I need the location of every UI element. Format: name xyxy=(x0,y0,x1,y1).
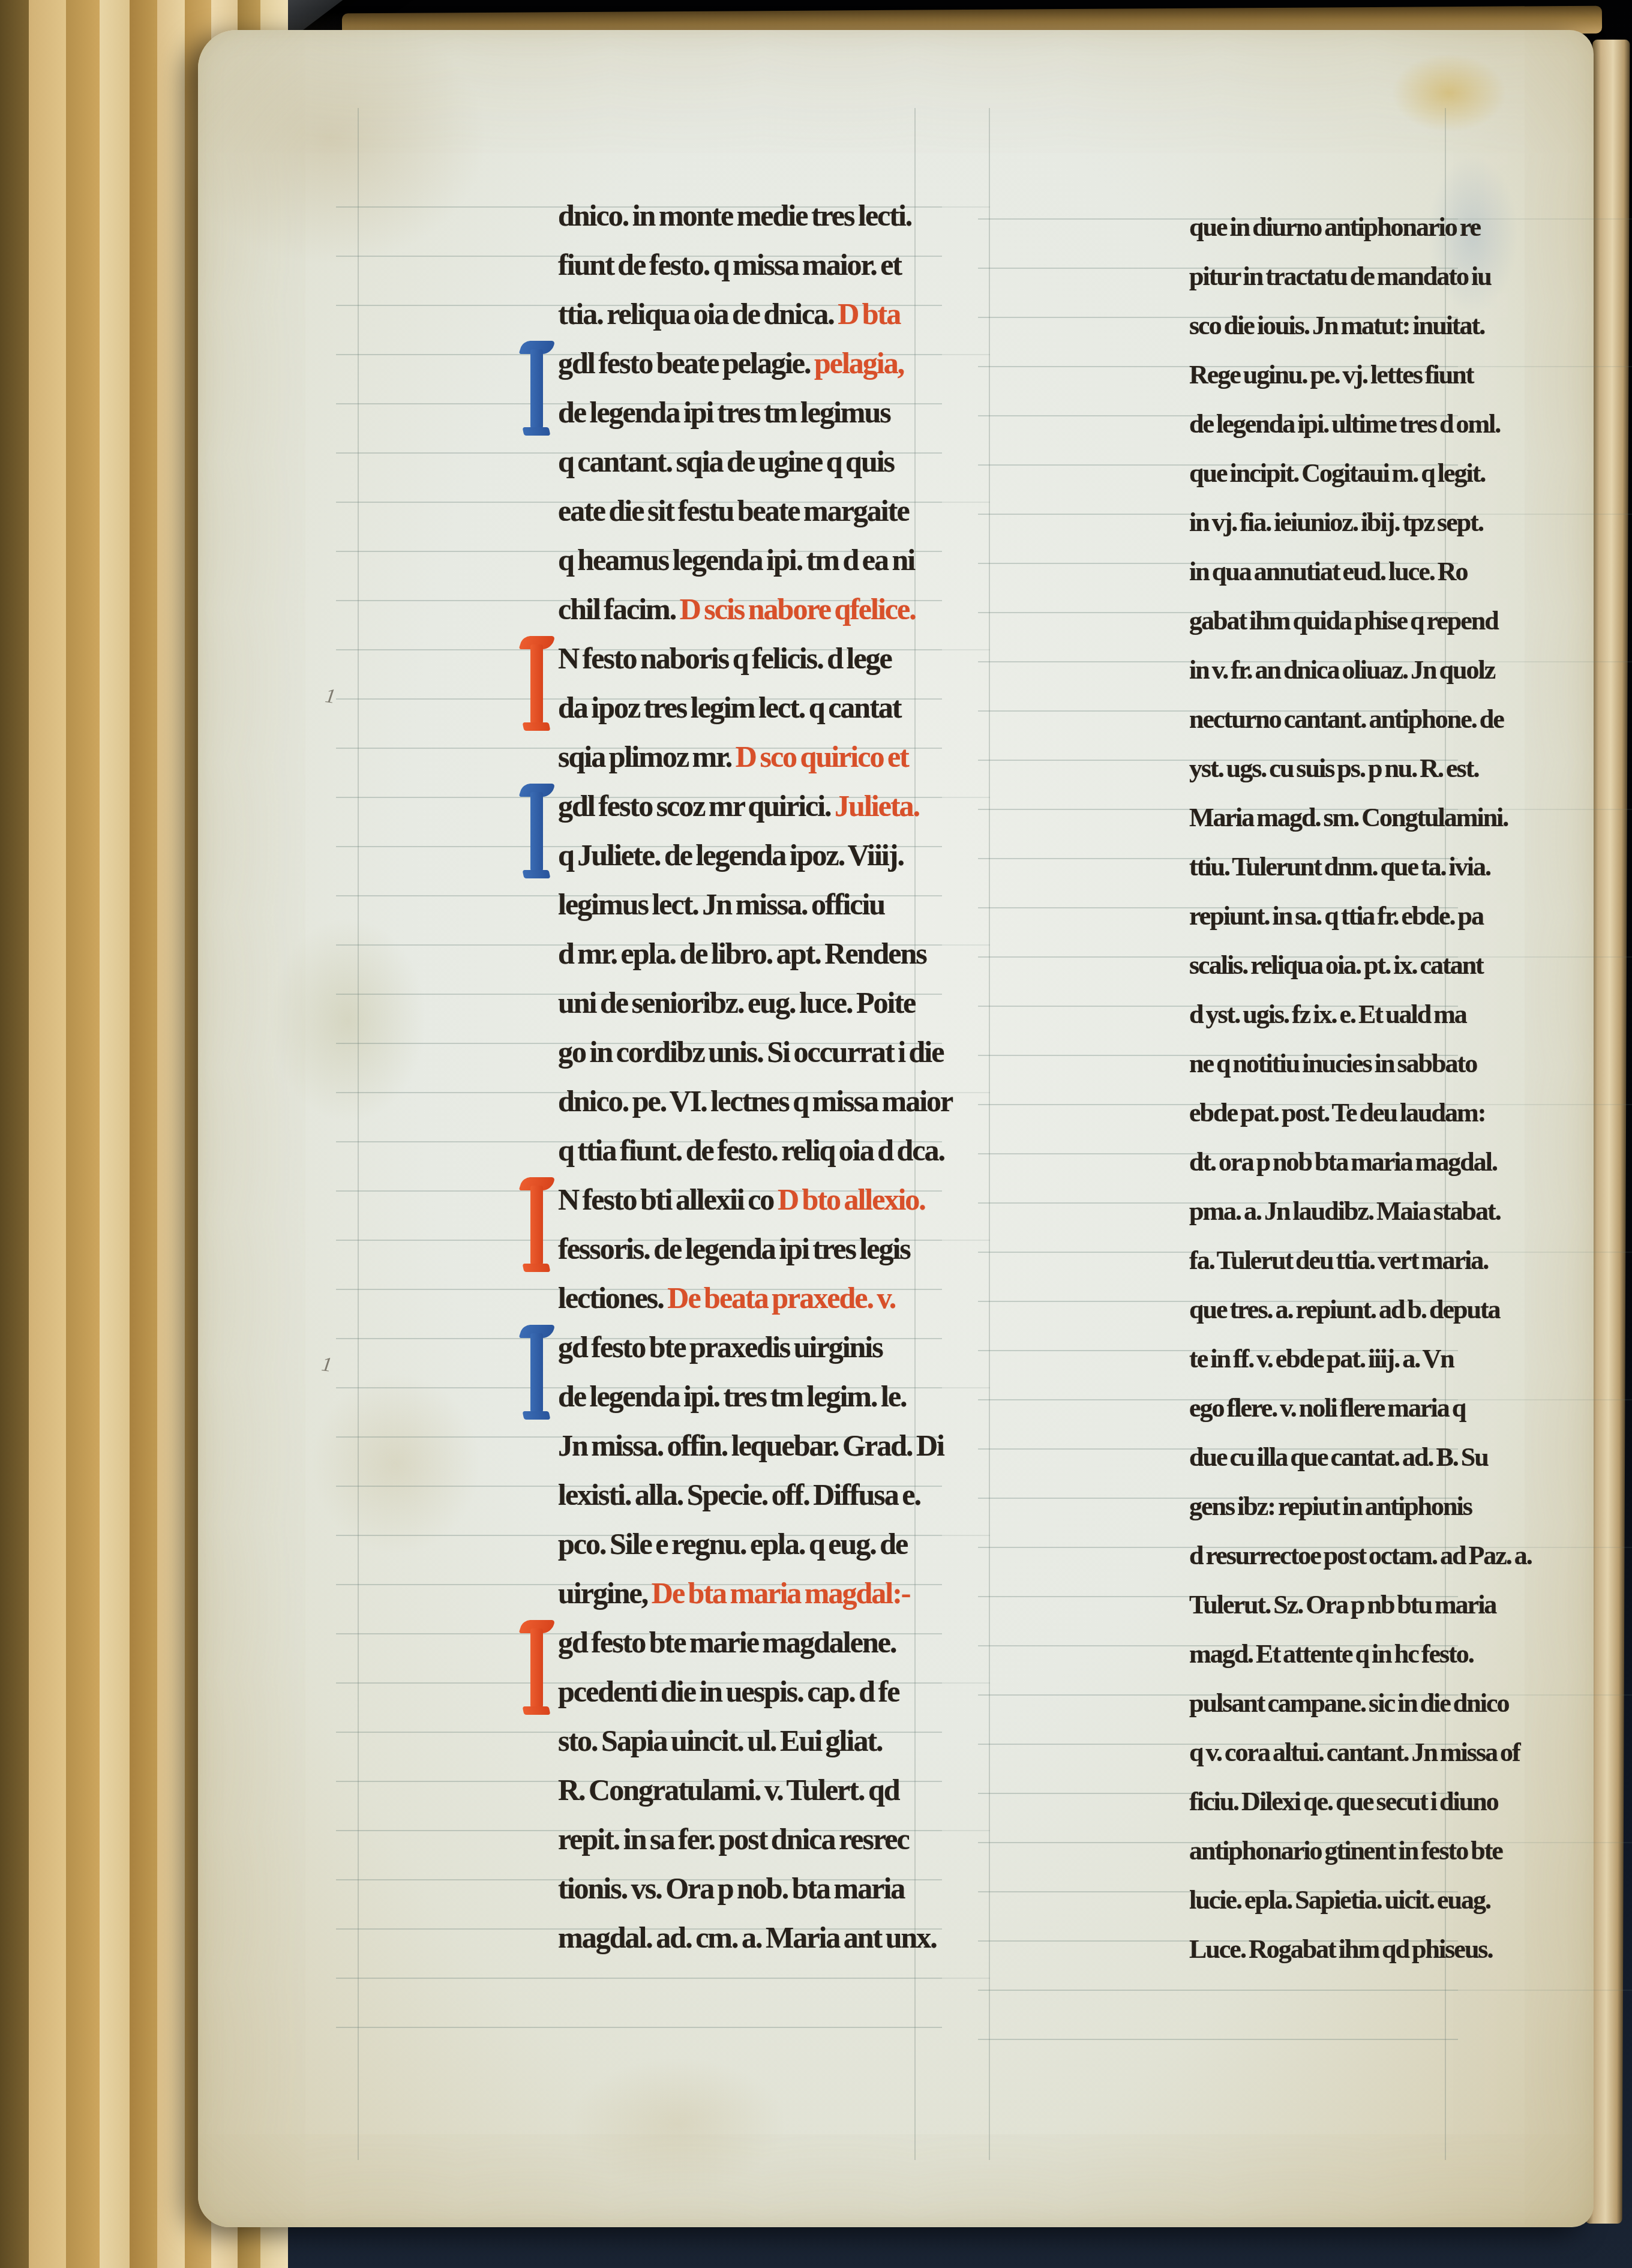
illuminated-initial: I xyxy=(521,1325,556,1420)
body-text: scalis. reliqua oia. pt. ix. catant xyxy=(1189,950,1483,980)
text-line: lectiones. De beata praxede. v. xyxy=(558,1273,1117,1322)
text-line: q v. cora altui. cantant. Jn missa of xyxy=(1189,1728,1632,1777)
text-line: ebde pat. post. Te deu laudam: xyxy=(1189,1088,1632,1138)
initial-stem xyxy=(530,1186,543,1265)
body-text: pitur in tractatu de mandato iu xyxy=(1189,262,1491,291)
ruling-line xyxy=(1458,1990,1632,1991)
text-line: N festo naboris q felicis. d lege I xyxy=(558,634,1117,683)
rubric-text: Julieta. xyxy=(835,789,919,823)
body-text: da ipoz tres legim lect. q cantat xyxy=(558,691,901,724)
body-text: fiunt de festo. q missa maior. et xyxy=(558,248,901,281)
body-text: ttia. reliqua oia de dnica. xyxy=(558,297,838,331)
text-line: de legenda ipi. tres tm legim. le. xyxy=(558,1372,1117,1421)
body-text: dnico. in monte medie tres lecti. xyxy=(558,199,911,232)
text-line: ego flere. v. noli flere maria q xyxy=(1189,1384,1632,1433)
text-line: fessoris. de legenda ipi tres legis xyxy=(558,1224,1117,1273)
body-text: dt. ora p nob bta maria magdal. xyxy=(1189,1147,1497,1177)
initial-stem xyxy=(530,1333,543,1412)
initial-stem xyxy=(530,1628,543,1708)
body-text: repit. in sa fer. post dnica resrec xyxy=(558,1822,909,1856)
text-line: chil facim. D scis nabore qfelice. xyxy=(558,584,1117,634)
text-line: legimus lect. Jn missa. officiu xyxy=(558,880,1117,929)
initial-foot xyxy=(523,1706,551,1715)
text-line: que incipit. Cogitaui m. q legit. xyxy=(1189,449,1632,498)
ruling-line-vertical xyxy=(358,108,359,2160)
body-text: N festo naboris q felicis. d lege xyxy=(558,641,892,675)
text-line: Maria magd. sm. Congtulamini. xyxy=(1189,793,1632,842)
text-line: te in ff. v. ebde pat. iiij. a. Vn xyxy=(1189,1334,1632,1384)
ruling-line xyxy=(942,1978,990,1979)
parchment-stain xyxy=(174,12,486,264)
parchment-page: dnico. in monte medie tres lecti. fiunt … xyxy=(198,30,1594,2227)
text-line: repiunt. in sa. q ttia fr. ebde. pa xyxy=(1189,892,1632,941)
body-text: yst. ugs. cu suis ps. p nu. R. est. xyxy=(1189,754,1478,783)
ruling-line xyxy=(336,2027,942,2028)
text-line: lexisti. alla. Specie. off. Diffusa e. xyxy=(558,1470,1117,1519)
body-text: de legenda ipi tres tm legimus xyxy=(558,395,890,429)
text-line: gdl festo beate pelagie. pelagia, I xyxy=(558,338,1117,388)
body-text: gdl festo beate pelagie. xyxy=(558,346,814,380)
body-text: eate die sit festu beate margaite xyxy=(558,494,909,527)
parchment-stain xyxy=(270,918,426,1122)
initial-foot xyxy=(523,427,551,436)
body-text: Jn missa. offin. lequebar. Grad. Di xyxy=(558,1429,944,1462)
body-text: sqia plimoz mr. xyxy=(558,740,736,773)
text-line: q cantant. sqia de ugine q quis xyxy=(558,437,1117,486)
illuminated-initial: I xyxy=(521,1177,556,1272)
margin-mark: 1 xyxy=(323,685,337,709)
body-text: lectiones. xyxy=(558,1281,667,1315)
illuminated-initial: I xyxy=(521,1620,556,1715)
body-text: d yst. ugis. fz ix. e. Et uald ma xyxy=(1189,1000,1466,1029)
text-line: fa. Tulerut deu ttia. vert maria. xyxy=(1189,1236,1632,1285)
illuminated-initial: I xyxy=(521,341,556,436)
body-text: gens ibz: repiut in antiphonis xyxy=(1189,1492,1472,1521)
body-text: R. Congratulami. v. Tulert. qd xyxy=(558,1773,899,1807)
ruling-line xyxy=(978,1990,1458,1991)
body-text: pulsant campane. sic in die dnico xyxy=(1189,1688,1509,1718)
text-line: d yst. ugis. fz ix. e. Et uald ma xyxy=(1189,990,1632,1039)
body-text: tionis. vs. Ora p nob. bta maria xyxy=(558,1871,904,1905)
text-line: da ipoz tres legim lect. q cantat xyxy=(558,683,1117,732)
initial-letter: I xyxy=(521,1620,521,1621)
text-line: ne q notitiu inucies in sabbato xyxy=(1189,1039,1632,1088)
initial-foot xyxy=(523,722,551,731)
body-text: q ttia fiunt. de festo. reliq oia d dca. xyxy=(558,1133,944,1167)
text-column-right: que in diurno antiphonario re pitur in t… xyxy=(1189,203,1632,1974)
text-line: q ttia fiunt. de festo. reliq oia d dca. xyxy=(558,1126,1117,1175)
text-line: ficiu. Dilexi qe. que secut i diuno xyxy=(1189,1777,1632,1826)
ruling-line xyxy=(336,1978,942,1979)
text-line: antiphonario gtinent in festo bte xyxy=(1189,1826,1632,1876)
text-line: repit. in sa fer. post dnica resrec xyxy=(558,1814,1117,1864)
text-line: que in diurno antiphonario re xyxy=(1189,203,1632,252)
text-line: dt. ora p nob bta maria magdal. xyxy=(1189,1138,1632,1187)
text-line: pulsant campane. sic in die dnico xyxy=(1189,1679,1632,1728)
initial-stem xyxy=(530,349,543,428)
body-text: repiunt. in sa. q ttia fr. ebde. pa xyxy=(1189,901,1483,931)
initial-stem xyxy=(530,792,543,871)
page-edge-strip xyxy=(130,0,157,2268)
manuscript-photo: dnico. in monte medie tres lecti. fiunt … xyxy=(0,0,1632,2268)
text-line: ttia. reliqua oia de dnica. D bta xyxy=(558,289,1117,338)
text-line: d resurrectoe post octam. ad Paz. a. xyxy=(1189,1531,1632,1580)
page-edge-strip xyxy=(100,0,130,2268)
illuminated-initial: I xyxy=(521,636,556,731)
text-line: R. Congratulami. v. Tulert. qd xyxy=(558,1765,1117,1814)
text-line: dnico. pe. VI. lectnes q missa maior xyxy=(558,1076,1117,1126)
body-text: in v. fr. an dnica oliuaz. Jn quolz xyxy=(1189,655,1495,685)
body-text: d resurrectoe post octam. ad Paz. a. xyxy=(1189,1541,1532,1570)
illuminated-initial: I xyxy=(521,784,556,878)
initial-letter: I xyxy=(521,636,521,637)
body-text: magdal. ad. cm. a. Maria ant unx. xyxy=(558,1921,937,1954)
text-line: scalis. reliqua oia. pt. ix. catant xyxy=(1189,941,1632,990)
body-text: lexisti. alla. Specie. off. Diffusa e. xyxy=(558,1478,920,1511)
text-line: pitur in tractatu de mandato iu xyxy=(1189,252,1632,301)
text-line: yst. ugs. cu suis ps. p nu. R. est. xyxy=(1189,744,1632,793)
text-line: tionis. vs. Ora p nob. bta maria xyxy=(558,1864,1117,1913)
body-text: uni de senioribz. eug. luce. Poite xyxy=(558,986,915,1019)
body-text: q v. cora altui. cantant. Jn missa of xyxy=(1189,1738,1520,1767)
body-text: fessoris. de legenda ipi tres legis xyxy=(558,1232,910,1265)
text-line: uirgine, De bta maria magdal:- xyxy=(558,1568,1117,1618)
text-line: de legenda ipi. ultime tres d oml. xyxy=(1189,400,1632,449)
parchment-stain xyxy=(312,1374,480,1554)
initial-foot xyxy=(523,1264,551,1272)
text-line: dnico. in monte medie tres lecti. xyxy=(558,191,1117,240)
body-text: gabat ihm quida phise q repend xyxy=(1189,606,1498,635)
body-text: in qua annutiat eud. luce. Ro xyxy=(1189,557,1468,586)
rubric-text: De beata praxede. v. xyxy=(667,1281,895,1315)
body-text: que in diurno antiphonario re xyxy=(1189,212,1480,242)
text-line: magd. Et attente q in hc festo. xyxy=(1189,1630,1632,1679)
initial-letter: I xyxy=(521,784,521,784)
text-line: in v. fr. an dnica oliuaz. Jn quolz xyxy=(1189,646,1632,695)
body-text: q cantant. sqia de ugine q quis xyxy=(558,445,894,478)
initial-stem xyxy=(530,644,543,724)
text-line: sto. Sapia uincit. ul. Eui gliat. xyxy=(558,1716,1117,1765)
body-text: pco. Sile e regnu. epla. q eug. de xyxy=(558,1527,907,1561)
page-edge-strip xyxy=(66,0,100,2268)
text-line: ttiu. Tulerunt dnm. que ta. ivia. xyxy=(1189,842,1632,892)
parchment-stain xyxy=(1392,54,1506,132)
text-line: Rege uginu. pe. vj. lettes fiunt xyxy=(1189,350,1632,400)
text-line: pco. Sile e regnu. epla. q eug. de xyxy=(558,1519,1117,1568)
body-text: Maria magd. sm. Congtulamini. xyxy=(1189,803,1508,832)
text-line: magdal. ad. cm. a. Maria ant unx. xyxy=(558,1913,1117,1962)
initial-letter: I xyxy=(521,1325,521,1325)
body-text: necturno cantant. antiphone. de xyxy=(1189,704,1504,734)
text-line: q Juliete. de legenda ipoz. Viiij. xyxy=(558,830,1117,880)
text-line: uni de senioribz. eug. luce. Poite xyxy=(558,978,1117,1027)
body-text: antiphonario gtinent in festo bte xyxy=(1189,1836,1502,1865)
text-line: gabat ihm quida phise q repend xyxy=(1189,596,1632,646)
text-line: q heamus legenda ipi. tm d ea ni xyxy=(558,535,1117,584)
body-text: go in cordibz unis. Si occurrat i die xyxy=(558,1035,943,1069)
margin-mark: 1 xyxy=(320,1353,333,1377)
text-line: pma. a. Jn laudibz. Maia stabat. xyxy=(1189,1187,1632,1236)
body-text: Tulerut. Sz. Ora p nb btu maria xyxy=(1189,1590,1496,1619)
body-text: ego flere. v. noli flere maria q xyxy=(1189,1393,1465,1423)
body-text: ttiu. Tulerunt dnm. que ta. ivia. xyxy=(1189,852,1490,881)
text-line: lucie. epla. Sapietia. uicit. euag. xyxy=(1189,1876,1632,1925)
body-text: pma. a. Jn laudibz. Maia stabat. xyxy=(1189,1196,1501,1226)
text-line: fiunt de festo. q missa maior. et xyxy=(558,240,1117,289)
text-line: N festo bti allexii co D bto allexio. I xyxy=(558,1175,1117,1224)
body-text: N festo bti allexii co xyxy=(558,1183,778,1216)
body-text: de legenda ipi. tres tm legim. le. xyxy=(558,1379,907,1413)
text-line: gd festo bte praxedis uirginis I xyxy=(558,1322,1117,1372)
body-text: que tres. a. repiunt. ad b. deputa xyxy=(1189,1295,1500,1324)
body-text: due cu illa que cantat. ad. B. Su xyxy=(1189,1442,1488,1472)
body-text: dnico. pe. VI. lectnes q missa maior xyxy=(558,1084,952,1118)
rubric-text: De bta maria magdal:- xyxy=(652,1576,910,1610)
text-line: de legenda ipi tres tm legimus xyxy=(558,388,1117,437)
body-text: que incipit. Cogitaui m. q legit. xyxy=(1189,458,1485,488)
text-line: due cu illa que cantat. ad. B. Su xyxy=(1189,1433,1632,1482)
body-text: te in ff. v. ebde pat. iiij. a. Vn xyxy=(1189,1344,1454,1373)
body-text: legimus lect. Jn missa. officiu xyxy=(558,887,884,921)
body-text: ficiu. Dilexi qe. que secut i diuno xyxy=(1189,1787,1498,1816)
text-line: necturno cantant. antiphone. de xyxy=(1189,695,1632,744)
page-edge-strip xyxy=(29,0,66,2268)
body-text: fa. Tulerut deu ttia. vert maria. xyxy=(1189,1246,1488,1275)
text-line: Jn missa. offin. lequebar. Grad. Di xyxy=(558,1421,1117,1470)
body-text: Luce. Rogabat ihm qd phiseus. xyxy=(1189,1934,1492,1964)
text-line: gd festo bte marie magdalene. I xyxy=(558,1618,1117,1667)
body-text: q Juliete. de legenda ipoz. Viiij. xyxy=(558,838,904,872)
text-line: Luce. Rogabat ihm qd phiseus. xyxy=(1189,1925,1632,1974)
body-text: in vj. fia. ieiunioz. ibij. tpz sept. xyxy=(1189,508,1483,537)
body-text: de legenda ipi. ultime tres d oml. xyxy=(1189,409,1500,439)
text-line: gens ibz: repiut in antiphonis xyxy=(1189,1482,1632,1531)
text-line: sco die iouis. Jn matut: inuitat. xyxy=(1189,301,1632,350)
body-text: d mr. epla. de libro. apt. Rendens xyxy=(558,937,926,970)
body-text: sto. Sapia uincit. ul. Eui gliat. xyxy=(558,1724,883,1757)
text-line: que tres. a. repiunt. ad b. deputa xyxy=(1189,1285,1632,1334)
text-line: go in cordibz unis. Si occurrat i die xyxy=(558,1027,1117,1076)
text-line: d mr. epla. de libro. apt. Rendens xyxy=(558,929,1117,978)
body-text: ebde pat. post. Te deu laudam: xyxy=(1189,1098,1485,1127)
rubric-text: D sco quirico et xyxy=(736,740,908,773)
body-text: chil facim. xyxy=(558,592,680,626)
parchment-stain xyxy=(570,2058,786,2190)
rubric-text: D bta xyxy=(838,297,900,331)
initial-foot xyxy=(523,1411,551,1420)
body-text: sco die iouis. Jn matut: inuitat. xyxy=(1189,311,1484,340)
body-text: gd festo bte marie magdalene. xyxy=(558,1625,896,1659)
body-text: pcedenti die in uespis. cap. d fe xyxy=(558,1675,899,1708)
text-column-left: dnico. in monte medie tres lecti. fiunt … xyxy=(558,191,1117,1962)
body-text: magd. Et attente q in hc festo. xyxy=(1189,1639,1474,1669)
rubric-text: D scis nabore qfelice. xyxy=(680,592,916,626)
text-line: eate die sit festu beate margaite xyxy=(558,486,1117,535)
initial-letter: I xyxy=(521,341,521,341)
body-text: uirgine, xyxy=(558,1576,652,1610)
text-line: sqia plimoz mr. D sco quirico et xyxy=(558,732,1117,781)
body-text: ne q notitiu inucies in sabbato xyxy=(1189,1049,1477,1078)
text-line: in vj. fia. ieiunioz. ibij. tpz sept. xyxy=(1189,498,1632,547)
ruling-line xyxy=(978,2039,1458,2040)
text-line: Tulerut. Sz. Ora p nb btu maria xyxy=(1189,1580,1632,1630)
text-line: pcedenti die in uespis. cap. d fe xyxy=(558,1667,1117,1716)
initial-letter: I xyxy=(521,1177,521,1178)
page-edge-strip xyxy=(157,0,185,2268)
body-text: lucie. epla. Sapietia. uicit. euag. xyxy=(1189,1885,1490,1915)
body-text: gdl festo scoz mr quirici. xyxy=(558,789,835,823)
initial-foot xyxy=(523,870,551,878)
rubric-text: D bto allexio. xyxy=(778,1183,925,1216)
text-line: gdl festo scoz mr quirici. Julieta. I xyxy=(558,781,1117,830)
rubric-text: pelagia, xyxy=(814,346,904,380)
text-line: in qua annutiat eud. luce. Ro xyxy=(1189,547,1632,596)
body-text: q heamus legenda ipi. tm d ea ni xyxy=(558,543,914,577)
page-edge-strip xyxy=(0,0,29,2268)
body-text: Rege uginu. pe. vj. lettes fiunt xyxy=(1189,360,1473,389)
body-text: gd festo bte praxedis uirginis xyxy=(558,1330,883,1364)
